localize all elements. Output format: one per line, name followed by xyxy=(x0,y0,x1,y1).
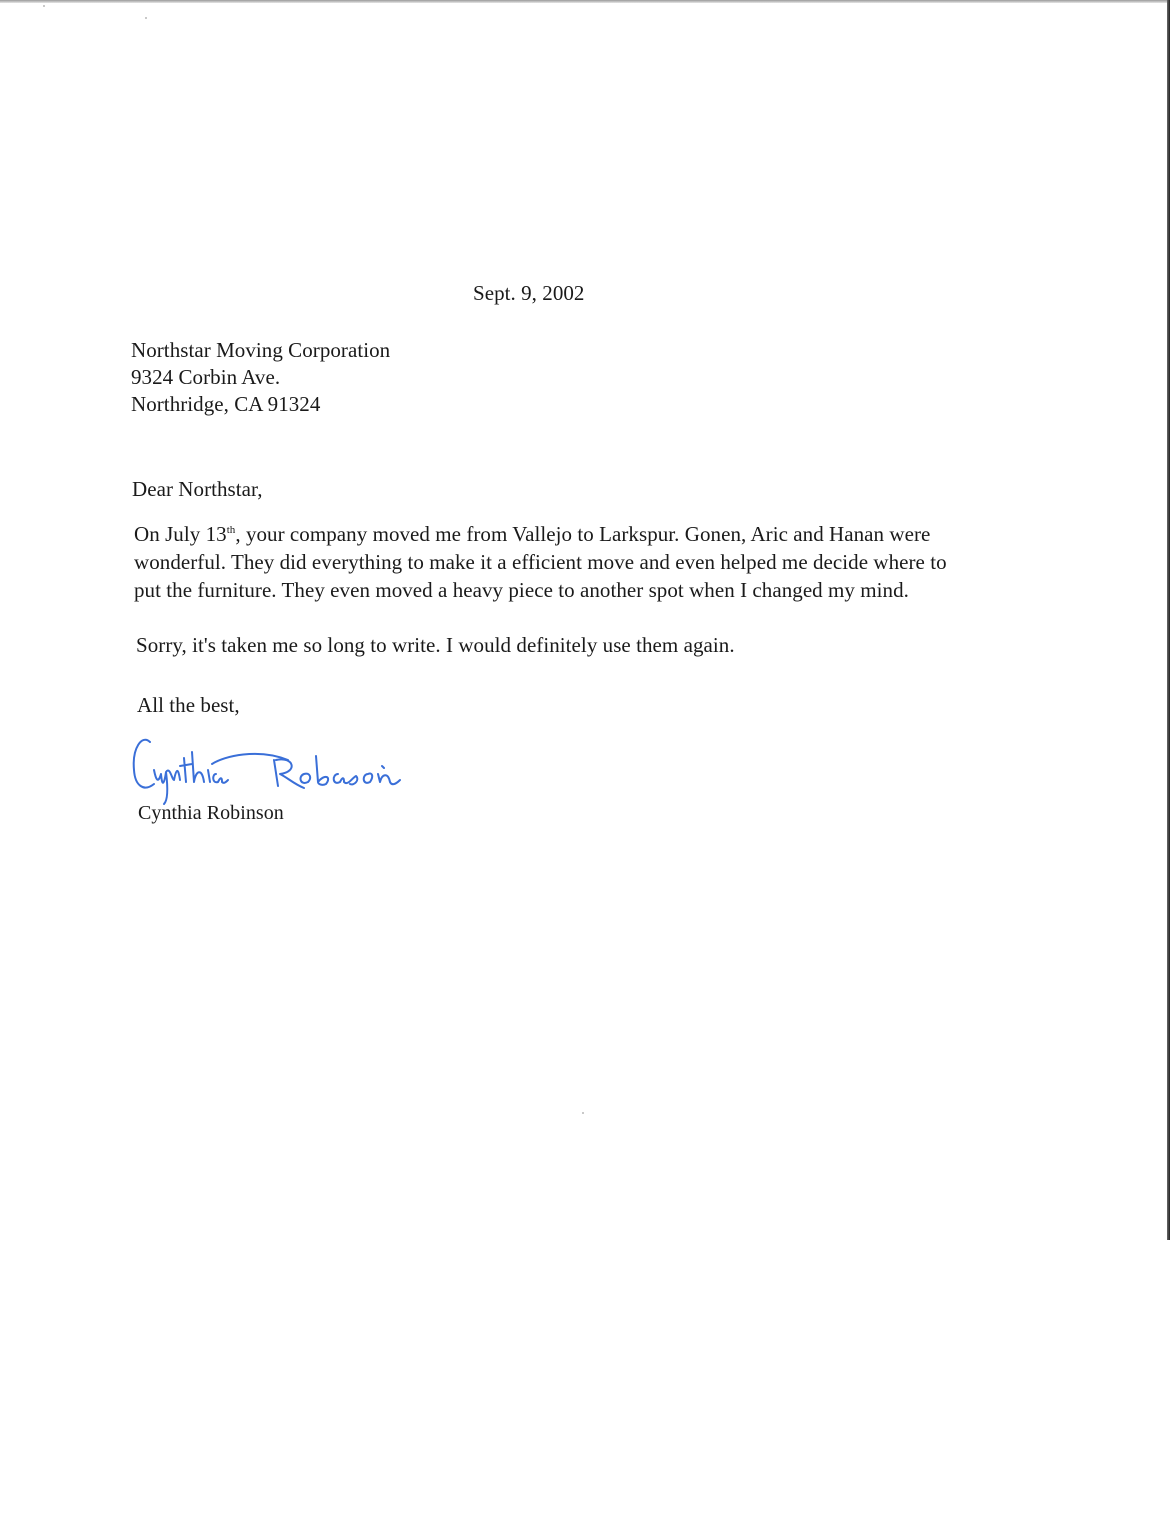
closing: All the best, xyxy=(137,692,240,719)
recipient-name: Northstar Moving Corporation xyxy=(131,337,390,364)
recipient-street: 9324 Corbin Ave. xyxy=(131,364,390,391)
handwritten-signature xyxy=(128,730,428,810)
letter-date: Sept. 9, 2002 xyxy=(473,280,584,307)
salutation: Dear Northstar, xyxy=(132,476,263,503)
paragraph-line: put the furniture. They even moved a hea… xyxy=(134,576,947,604)
printed-name: Cynthia Robinson xyxy=(138,800,284,827)
body-paragraph-2: Sorry, it's taken me so long to write. I… xyxy=(136,632,735,659)
recipient-city: Northridge, CA 91324 xyxy=(131,391,390,418)
paragraph-line: wonderful. They did everything to make i… xyxy=(134,548,947,576)
scan-speck xyxy=(43,5,45,7)
text-span: On July 13 xyxy=(134,522,227,546)
signature-icon xyxy=(128,730,428,810)
body-paragraph-1: On July 13th, your company moved me from… xyxy=(134,520,947,604)
text-span: , your company moved me from Vallejo to … xyxy=(235,522,930,546)
paragraph-line: On July 13th, your company moved me from… xyxy=(134,520,947,548)
scan-speck xyxy=(582,1112,584,1114)
scan-speck xyxy=(145,17,147,19)
recipient-address: Northstar Moving Corporation 9324 Corbin… xyxy=(131,337,390,418)
scan-top-edge xyxy=(0,0,1170,3)
